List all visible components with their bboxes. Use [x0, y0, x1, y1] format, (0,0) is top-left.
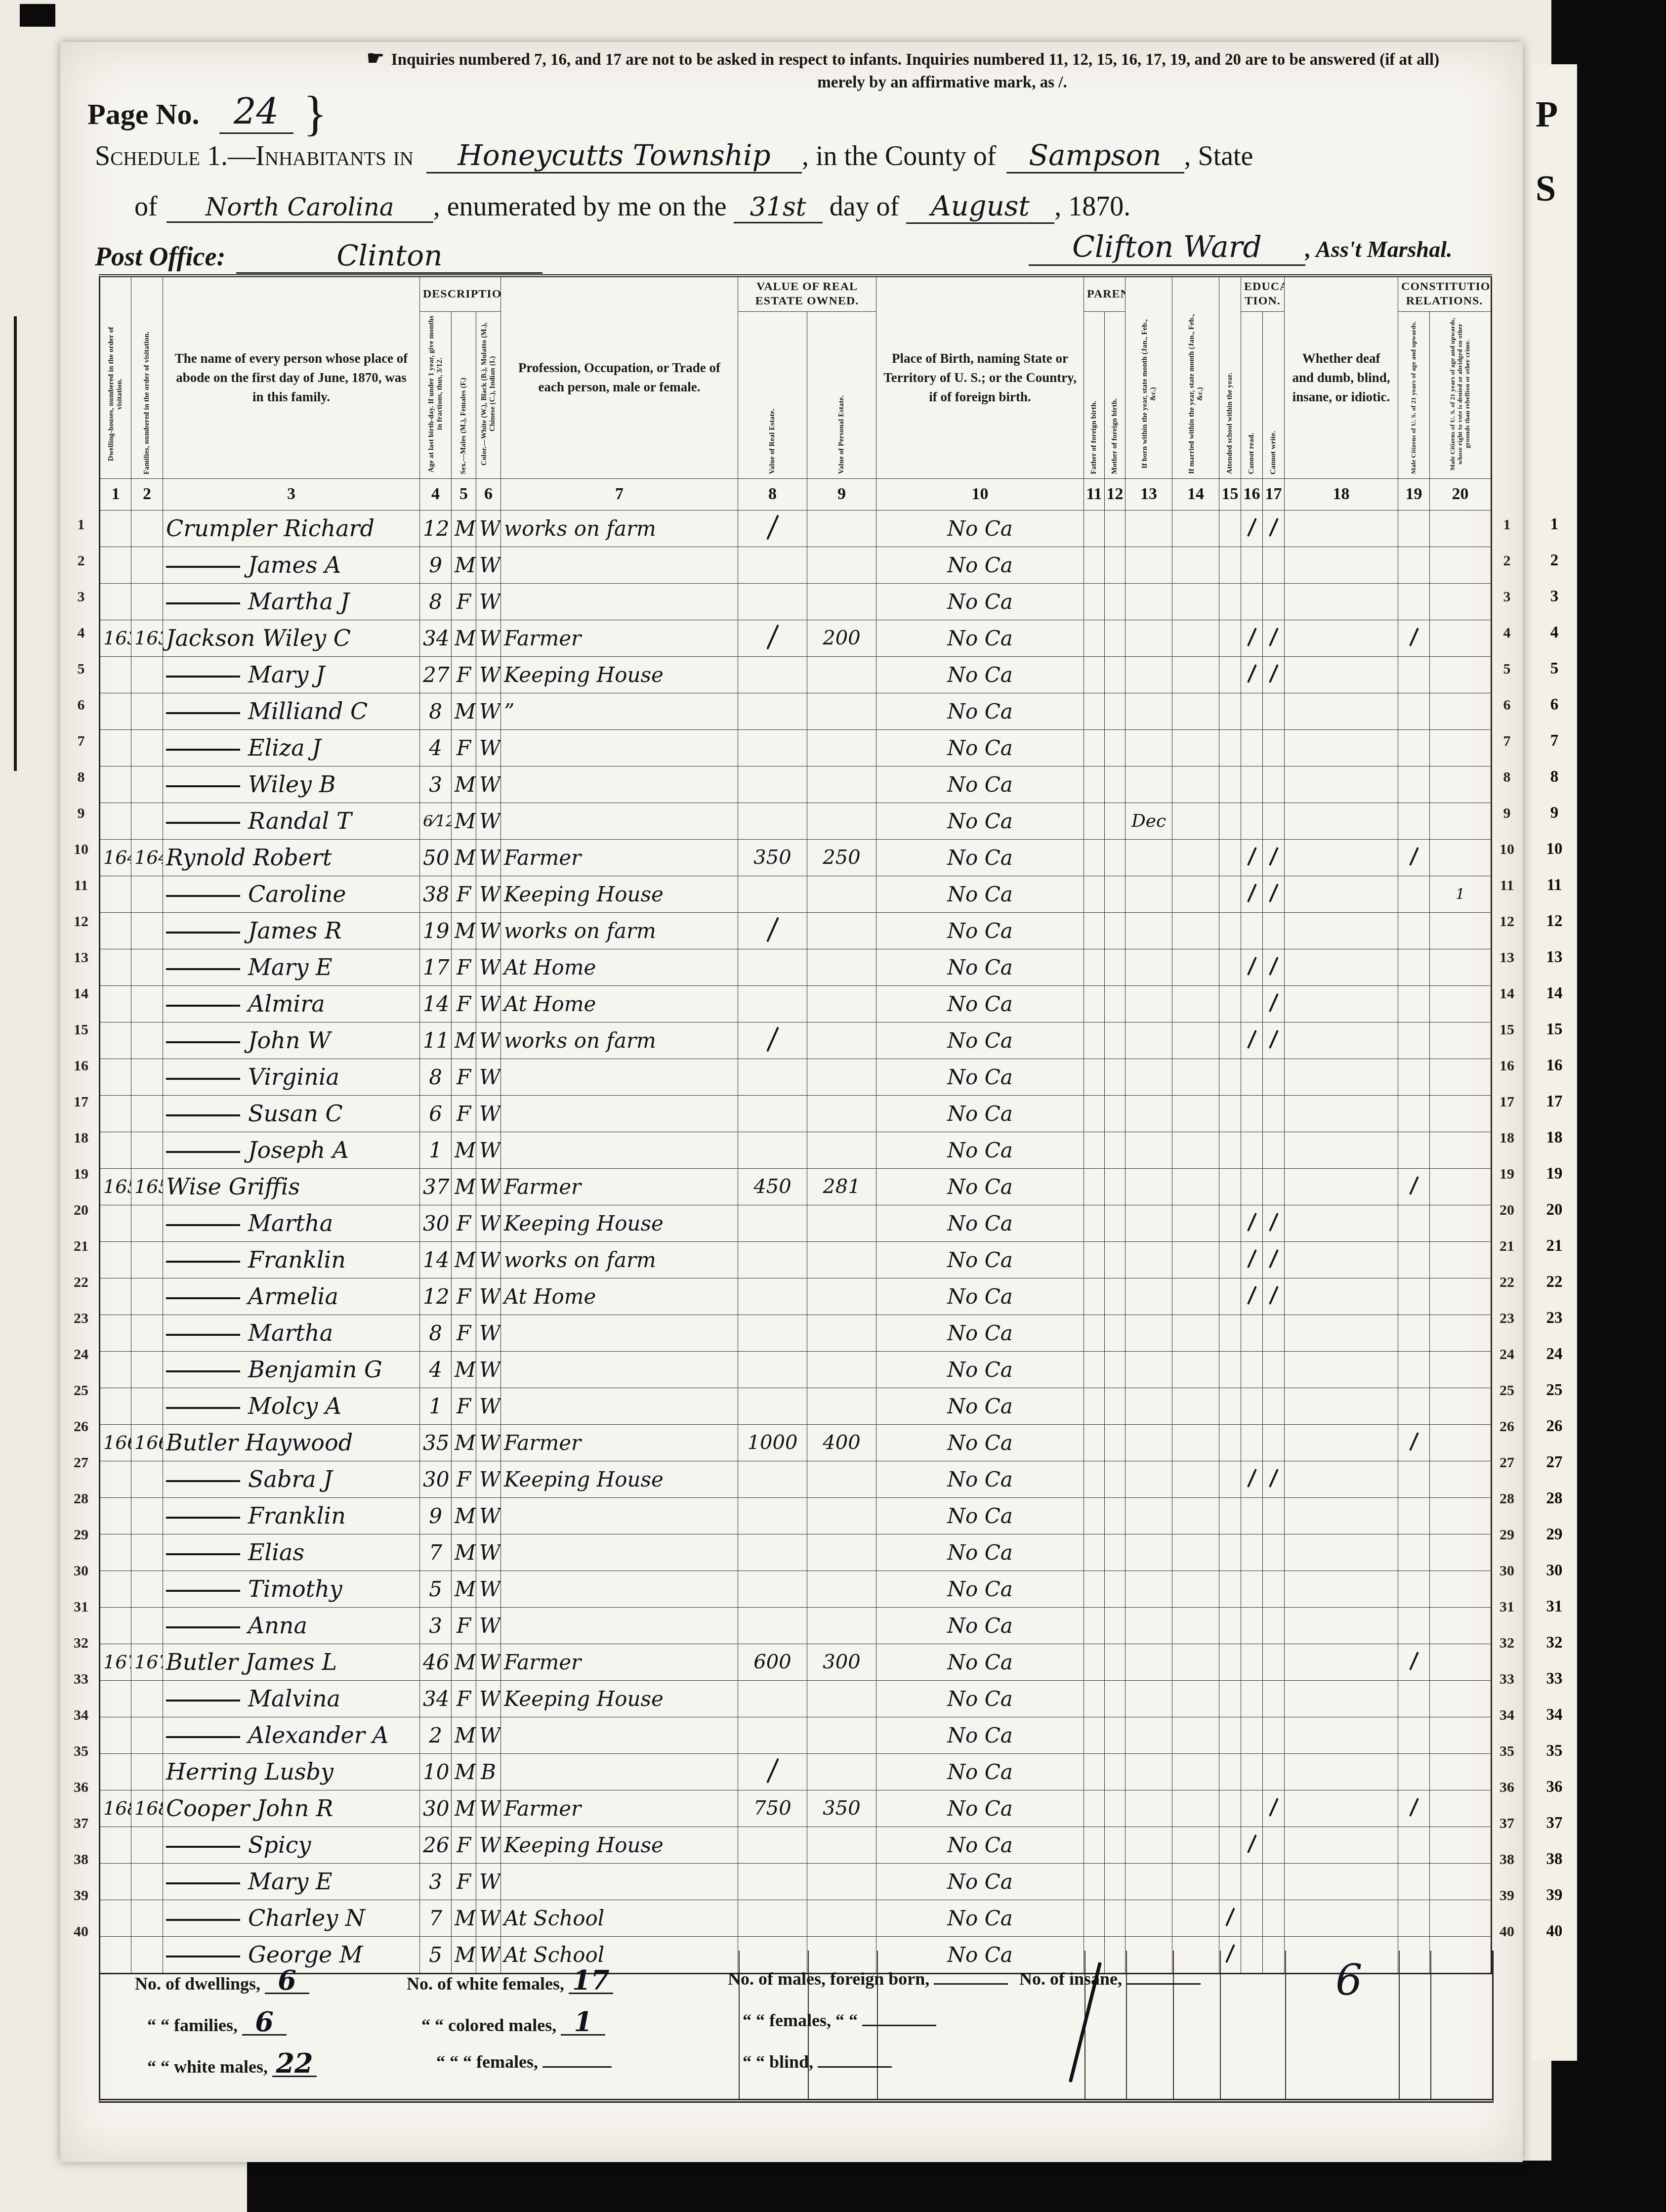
cell-r4-c5: M	[452, 620, 476, 656]
cell-r11-c17	[1263, 876, 1285, 912]
cell-r17-c7	[501, 1095, 738, 1132]
cell-r20-c3: Martha	[163, 1205, 420, 1241]
cell-r39-c3: Charley N	[163, 1900, 420, 1936]
line-number: 17	[67, 1084, 95, 1120]
cell-r4-c3: Jackson Wiley C	[163, 620, 420, 656]
cell-r21-c1	[100, 1241, 131, 1278]
cell-r31-c16	[1241, 1607, 1263, 1644]
line-number: 11	[1532, 867, 1577, 903]
cell-r14-c10: No Ca	[876, 985, 1084, 1022]
cell-r31-c3: Anna	[163, 1607, 420, 1644]
cell-r1-c4: 12	[420, 510, 452, 547]
cell-r26-c14	[1172, 1424, 1219, 1461]
cell-r17-c16	[1241, 1095, 1263, 1132]
cell-r25-c18	[1285, 1388, 1398, 1424]
cell-r34-c12	[1105, 1717, 1125, 1753]
cell-r15-c18	[1285, 1022, 1398, 1059]
dwellings-value: 6	[265, 1968, 309, 1994]
cell-r14-c3: Almira	[163, 985, 420, 1022]
cell-r11-c15	[1219, 876, 1241, 912]
cell-r37-c13	[1125, 1827, 1172, 1863]
cell-r36-c16	[1241, 1790, 1263, 1827]
col-number-4: 4	[420, 478, 452, 510]
cell-r30-c15	[1219, 1571, 1241, 1607]
line-number: 28	[1493, 1481, 1521, 1517]
cell-r12-c1	[100, 912, 131, 949]
line-number: 8	[1532, 759, 1577, 795]
line-number: 26	[67, 1408, 95, 1445]
schedule-label: Schedule 1.—Inhabitants in	[95, 140, 414, 172]
day-label: day of	[830, 191, 900, 222]
line-number: 12	[1493, 903, 1521, 939]
cell-r23-c13	[1125, 1315, 1172, 1351]
cell-r35-c17	[1263, 1753, 1285, 1790]
line-number: 15	[1493, 1012, 1521, 1048]
cell-r18-c2	[131, 1132, 163, 1168]
cell-r19-c1: 165	[100, 1168, 131, 1205]
cell-r15-c4: 11	[420, 1022, 452, 1059]
cell-r39-c15	[1219, 1900, 1241, 1936]
cell-r36-c18	[1285, 1790, 1398, 1827]
cell-r5-c10: No Ca	[876, 656, 1084, 693]
cell-r15-c7: works on farm	[501, 1022, 738, 1059]
col-header-3: The name of every person whose place of …	[163, 276, 420, 478]
cell-r34-c15	[1219, 1717, 1241, 1753]
cell-r15-c19	[1398, 1022, 1430, 1059]
cell-r29-c3: Elias	[163, 1534, 420, 1571]
cell-r14-c2	[131, 985, 163, 1022]
line-number: 5	[67, 651, 95, 687]
cell-r1-c18	[1285, 510, 1398, 547]
cell-r21-c11	[1084, 1241, 1105, 1278]
county-value: Sampson	[1006, 138, 1184, 173]
cell-r15-c2	[131, 1022, 163, 1059]
cell-r38-c16	[1241, 1863, 1263, 1900]
cell-r2-c14	[1172, 547, 1219, 583]
cell-r37-c10: No Ca	[876, 1827, 1084, 1863]
cell-r22-c12	[1105, 1278, 1125, 1315]
cell-r10-c6: W	[476, 839, 501, 876]
cell-r36-c2: 168	[131, 1790, 163, 1827]
cell-r19-c18	[1285, 1168, 1398, 1205]
cell-r20-c10: No Ca	[876, 1205, 1084, 1241]
cell-r3-c15	[1219, 583, 1241, 620]
line-number: 14	[1532, 976, 1577, 1012]
colored-males-label: “ “ colored males,	[421, 2015, 556, 2035]
insane-label: No. of insane,	[1019, 1969, 1122, 1989]
cell-r32-c16	[1241, 1644, 1263, 1680]
col-header-4: Age at last birth-day. If under 1 year, …	[420, 311, 452, 478]
cell-r27-c17	[1263, 1461, 1285, 1497]
line-number: 3	[67, 579, 95, 615]
cell-r4-c18	[1285, 620, 1398, 656]
col-header-20: Male Citizens of U. S. of 21 years of ag…	[1430, 311, 1492, 478]
cell-r16-c1	[100, 1059, 131, 1095]
next-page-letter: P	[1536, 94, 1558, 136]
cell-r39-c13	[1125, 1900, 1172, 1936]
col-number-13: 13	[1125, 478, 1172, 510]
cell-r35-c14	[1172, 1753, 1219, 1790]
cell-r21-c18	[1285, 1241, 1398, 1278]
cell-r10-c20	[1430, 839, 1492, 876]
cell-r37-c9	[807, 1827, 876, 1863]
cell-r31-c14	[1172, 1607, 1219, 1644]
cell-r37-c12	[1105, 1827, 1125, 1863]
state-label: , State	[1184, 140, 1253, 172]
cell-r21-c14	[1172, 1241, 1219, 1278]
cell-r39-c17	[1263, 1900, 1285, 1936]
cell-r6-c4: 8	[420, 693, 452, 729]
line-number: 37	[1493, 1805, 1521, 1841]
cell-r23-c17	[1263, 1315, 1285, 1351]
cell-r5-c11	[1084, 656, 1105, 693]
line-number: 3	[1493, 579, 1521, 615]
cell-r10-c18	[1285, 839, 1398, 876]
cell-r18-c17	[1263, 1132, 1285, 1168]
colored-females-label: “ “ “ females,	[436, 2052, 538, 2072]
cell-r1-c1	[100, 510, 131, 547]
line-number: 20	[1532, 1192, 1577, 1228]
cell-r25-c6: W	[476, 1388, 501, 1424]
cell-r21-c17	[1263, 1241, 1285, 1278]
cell-r18-c3: Joseph A	[163, 1132, 420, 1168]
cell-r21-c9	[807, 1241, 876, 1278]
cell-r24-c7	[501, 1351, 738, 1388]
cell-r9-c2	[131, 803, 163, 839]
cell-r9-c5: M	[452, 803, 476, 839]
cell-r20-c15	[1219, 1205, 1241, 1241]
cell-r17-c3: Susan C	[163, 1095, 420, 1132]
cell-r36-c4: 30	[420, 1790, 452, 1827]
cell-r12-c19	[1398, 912, 1430, 949]
cell-r23-c8	[738, 1315, 807, 1351]
col-number-3: 3	[163, 478, 420, 510]
cell-r3-c9	[807, 583, 876, 620]
cell-r36-c7: Farmer	[501, 1790, 738, 1827]
cell-r1-c2	[131, 510, 163, 547]
line-number: 10	[1493, 831, 1521, 867]
cell-r9-c16	[1241, 803, 1263, 839]
cell-r16-c5: F	[452, 1059, 476, 1095]
line-number: 22	[1493, 1264, 1521, 1300]
cell-r16-c6: W	[476, 1059, 501, 1095]
cell-r18-c10: No Ca	[876, 1132, 1084, 1168]
cell-r1-c19	[1398, 510, 1430, 547]
cell-r2-c11	[1084, 547, 1105, 583]
col-number-10: 10	[876, 478, 1084, 510]
line-number: 26	[1493, 1408, 1521, 1445]
cell-r35-c1	[100, 1753, 131, 1790]
line-number: 37	[1532, 1805, 1577, 1841]
cell-r29-c12	[1105, 1534, 1125, 1571]
cell-r19-c8: 450	[738, 1168, 807, 1205]
line-number: 26	[1532, 1408, 1577, 1445]
cell-r10-c7: Farmer	[501, 839, 738, 876]
cell-r1-c8	[738, 510, 807, 547]
cell-r14-c20	[1430, 985, 1492, 1022]
cell-r36-c15	[1219, 1790, 1241, 1827]
cell-r23-c10: No Ca	[876, 1315, 1084, 1351]
cell-r30-c4: 5	[420, 1571, 452, 1607]
cell-r21-c2	[131, 1241, 163, 1278]
cell-r1-c15	[1219, 510, 1241, 547]
cell-r30-c16	[1241, 1571, 1263, 1607]
cell-r24-c9	[807, 1351, 876, 1388]
col-header-14: If married within the year, state month …	[1172, 276, 1219, 478]
cell-r12-c20	[1430, 912, 1492, 949]
cell-r11-c9	[807, 876, 876, 912]
cell-r14-c19	[1398, 985, 1430, 1022]
cell-r1-c20	[1430, 510, 1492, 547]
cell-r30-c12	[1105, 1571, 1125, 1607]
cell-r37-c3: Spicy	[163, 1827, 420, 1863]
cell-r26-c3: Butler Haywood	[163, 1424, 420, 1461]
cell-r33-c13	[1125, 1680, 1172, 1717]
cell-r2-c18	[1285, 547, 1398, 583]
cell-r6-c10: No Ca	[876, 693, 1084, 729]
cell-r37-c6: W	[476, 1827, 501, 1863]
cell-r23-c19	[1398, 1315, 1430, 1351]
cell-r26-c11	[1084, 1424, 1105, 1461]
right-line-numbers: 1234567891011121314151617181920212223242…	[1493, 507, 1521, 1950]
cell-r17-c2	[131, 1095, 163, 1132]
cell-r39-c8	[738, 1900, 807, 1936]
cell-r13-c17	[1263, 949, 1285, 985]
cell-r16-c4: 8	[420, 1059, 452, 1095]
cell-r34-c4: 2	[420, 1717, 452, 1753]
left-line-numbers: 1234567891011121314151617181920212223242…	[67, 507, 95, 1950]
cell-r22-c8	[738, 1278, 807, 1315]
line-number: 22	[1532, 1264, 1577, 1300]
cell-r16-c7	[501, 1059, 738, 1095]
of-label: of	[134, 191, 158, 222]
line-number: 18	[1493, 1120, 1521, 1156]
line-number: 40	[67, 1914, 95, 1950]
cell-r5-c19	[1398, 656, 1430, 693]
cell-r19-c12	[1105, 1168, 1125, 1205]
cell-r11-c4: 38	[420, 876, 452, 912]
cell-r11-c5: F	[452, 876, 476, 912]
line-number: 34	[67, 1697, 95, 1733]
col-number-8: 8	[738, 478, 807, 510]
cell-r35-c11	[1084, 1753, 1105, 1790]
cell-r38-c1	[100, 1863, 131, 1900]
cell-r18-c19	[1398, 1132, 1430, 1168]
cell-r22-c16	[1241, 1278, 1263, 1315]
cell-r10-c9: 250	[807, 839, 876, 876]
cell-r4-c10: No Ca	[876, 620, 1084, 656]
cell-r6-c1	[100, 693, 131, 729]
cell-r13-c16	[1241, 949, 1263, 985]
cell-r8-c5: M	[452, 766, 476, 803]
cell-r28-c15	[1219, 1497, 1241, 1534]
cell-r9-c13: Dec	[1125, 803, 1172, 839]
dwellings-label: No. of dwellings,	[135, 1974, 260, 1994]
cell-r22-c9	[807, 1278, 876, 1315]
cell-r3-c7	[501, 583, 738, 620]
cell-r16-c10: No Ca	[876, 1059, 1084, 1095]
cell-r36-c1: 168	[100, 1790, 131, 1827]
cell-r22-c7: At Home	[501, 1278, 738, 1315]
cell-r7-c12	[1105, 729, 1125, 766]
cell-r13-c18	[1285, 949, 1398, 985]
cell-r26-c5: M	[452, 1424, 476, 1461]
cell-r17-c4: 6	[420, 1095, 452, 1132]
cell-r15-c9	[807, 1022, 876, 1059]
line-number: 1	[67, 507, 95, 543]
cell-r31-c2	[131, 1607, 163, 1644]
cell-r14-c1	[100, 985, 131, 1022]
line-number: 7	[1532, 723, 1577, 759]
cell-r12-c14	[1172, 912, 1219, 949]
cell-r33-c15	[1219, 1680, 1241, 1717]
cell-r33-c19	[1398, 1680, 1430, 1717]
cell-r37-c5: F	[452, 1827, 476, 1863]
cell-r27-c1	[100, 1461, 131, 1497]
cell-r8-c7	[501, 766, 738, 803]
cell-r14-c13	[1125, 985, 1172, 1022]
cell-r6-c15	[1219, 693, 1241, 729]
cell-r23-c6: W	[476, 1315, 501, 1351]
cell-r31-c5: F	[452, 1607, 476, 1644]
cell-r11-c8	[738, 876, 807, 912]
cell-r8-c3: Wiley B	[163, 766, 420, 803]
cell-r4-c16	[1241, 620, 1263, 656]
cell-r19-c14	[1172, 1168, 1219, 1205]
cell-r16-c13	[1125, 1059, 1172, 1095]
cell-r25-c12	[1105, 1388, 1125, 1424]
cell-r39-c6: W	[476, 1900, 501, 1936]
cell-r37-c17	[1263, 1827, 1285, 1863]
cell-r22-c2	[131, 1278, 163, 1315]
line-number: 9	[67, 795, 95, 831]
cell-r24-c2	[131, 1351, 163, 1388]
cell-r38-c3: Mary E	[163, 1863, 420, 1900]
line-number: 18	[67, 1120, 95, 1156]
cell-r2-c8	[738, 547, 807, 583]
cell-r26-c19	[1398, 1424, 1430, 1461]
cell-r36-c14	[1172, 1790, 1219, 1827]
cell-r17-c15	[1219, 1095, 1241, 1132]
cell-r19-c11	[1084, 1168, 1105, 1205]
line-number: 21	[1493, 1228, 1521, 1264]
cell-r32-c18	[1285, 1644, 1398, 1680]
cell-r19-c2: 165	[131, 1168, 163, 1205]
cell-r7-c5: F	[452, 729, 476, 766]
cell-r34-c6: W	[476, 1717, 501, 1753]
cell-r6-c5: M	[452, 693, 476, 729]
cell-r30-c2	[131, 1571, 163, 1607]
cell-r34-c10: No Ca	[876, 1717, 1084, 1753]
line-number: 19	[1493, 1156, 1521, 1192]
cell-r35-c9	[807, 1753, 876, 1790]
cell-r33-c6: W	[476, 1680, 501, 1717]
cell-r24-c14	[1172, 1351, 1219, 1388]
cell-r19-c6: W	[476, 1168, 501, 1205]
cell-r22-c17	[1263, 1278, 1285, 1315]
cell-r28-c6: W	[476, 1497, 501, 1534]
cell-r28-c14	[1172, 1497, 1219, 1534]
cell-r11-c16	[1241, 876, 1263, 912]
line-number: 29	[1493, 1517, 1521, 1553]
cell-r4-c12	[1105, 620, 1125, 656]
cell-r10-c1: 164	[100, 839, 131, 876]
cell-r34-c20	[1430, 1717, 1492, 1753]
cell-r36-c19	[1398, 1790, 1430, 1827]
cell-r29-c5: M	[452, 1534, 476, 1571]
cell-r33-c8	[738, 1680, 807, 1717]
cell-r10-c13	[1125, 839, 1172, 876]
cell-r7-c19	[1398, 729, 1430, 766]
cell-r32-c3: Butler James L	[163, 1644, 420, 1680]
cell-r12-c13	[1125, 912, 1172, 949]
cell-r30-c9	[807, 1571, 876, 1607]
line-number: 17	[1532, 1084, 1577, 1120]
cell-r10-c17	[1263, 839, 1285, 876]
form-instructions: ☛Inquiries numbered 7, 16, and 17 are no…	[367, 45, 1518, 94]
cell-r5-c17	[1263, 656, 1285, 693]
white-females-label: No. of white females,	[407, 1974, 564, 1994]
cell-r38-c7	[501, 1863, 738, 1900]
cell-r7-c4: 4	[420, 729, 452, 766]
cell-r4-c1: 163	[100, 620, 131, 656]
cell-r11-c18	[1285, 876, 1398, 912]
cell-r15-c1	[100, 1022, 131, 1059]
cell-r24-c4: 4	[420, 1351, 452, 1388]
cell-r10-c11	[1084, 839, 1105, 876]
cell-r34-c16	[1241, 1717, 1263, 1753]
cell-r15-c13	[1125, 1022, 1172, 1059]
cell-r6-c14	[1172, 693, 1219, 729]
cell-r13-c12	[1105, 949, 1125, 985]
cell-r33-c18	[1285, 1680, 1398, 1717]
cell-r24-c6: W	[476, 1351, 501, 1388]
cell-r18-c9	[807, 1132, 876, 1168]
cell-r27-c15	[1219, 1461, 1241, 1497]
line-number: 10	[67, 831, 95, 867]
state-value: North Carolina	[167, 193, 433, 223]
cell-r26-c1: 166	[100, 1424, 131, 1461]
line-number: 4	[1493, 615, 1521, 651]
group-header-education: Educa-tion.	[1241, 276, 1285, 311]
cell-r31-c4: 3	[420, 1607, 452, 1644]
families-label: “ “ families,	[147, 2015, 238, 2035]
cell-r28-c20	[1430, 1497, 1492, 1534]
line-number: 14	[1493, 976, 1521, 1012]
cell-r29-c20	[1430, 1534, 1492, 1571]
cell-r22-c5: F	[452, 1278, 476, 1315]
line-number: 35	[1532, 1733, 1577, 1769]
cell-r18-c8	[738, 1132, 807, 1168]
cell-r19-c15	[1219, 1168, 1241, 1205]
cell-r38-c2	[131, 1863, 163, 1900]
line-number: 37	[67, 1805, 95, 1841]
line-number: 1	[1532, 507, 1577, 543]
cell-r13-c9	[807, 949, 876, 985]
cell-r3-c20	[1430, 583, 1492, 620]
cell-r33-c20	[1430, 1680, 1492, 1717]
cell-r30-c5: M	[452, 1571, 476, 1607]
cell-r2-c5: M	[452, 547, 476, 583]
cell-r20-c7: Keeping House	[501, 1205, 738, 1241]
cell-r14-c4: 14	[420, 985, 452, 1022]
col-header-15: Attended school within the year.	[1219, 276, 1241, 478]
cell-r31-c8	[738, 1607, 807, 1644]
line-number: 35	[1493, 1733, 1521, 1769]
cell-r6-c6: W	[476, 693, 501, 729]
cell-r17-c9	[807, 1095, 876, 1132]
cell-r8-c9	[807, 766, 876, 803]
